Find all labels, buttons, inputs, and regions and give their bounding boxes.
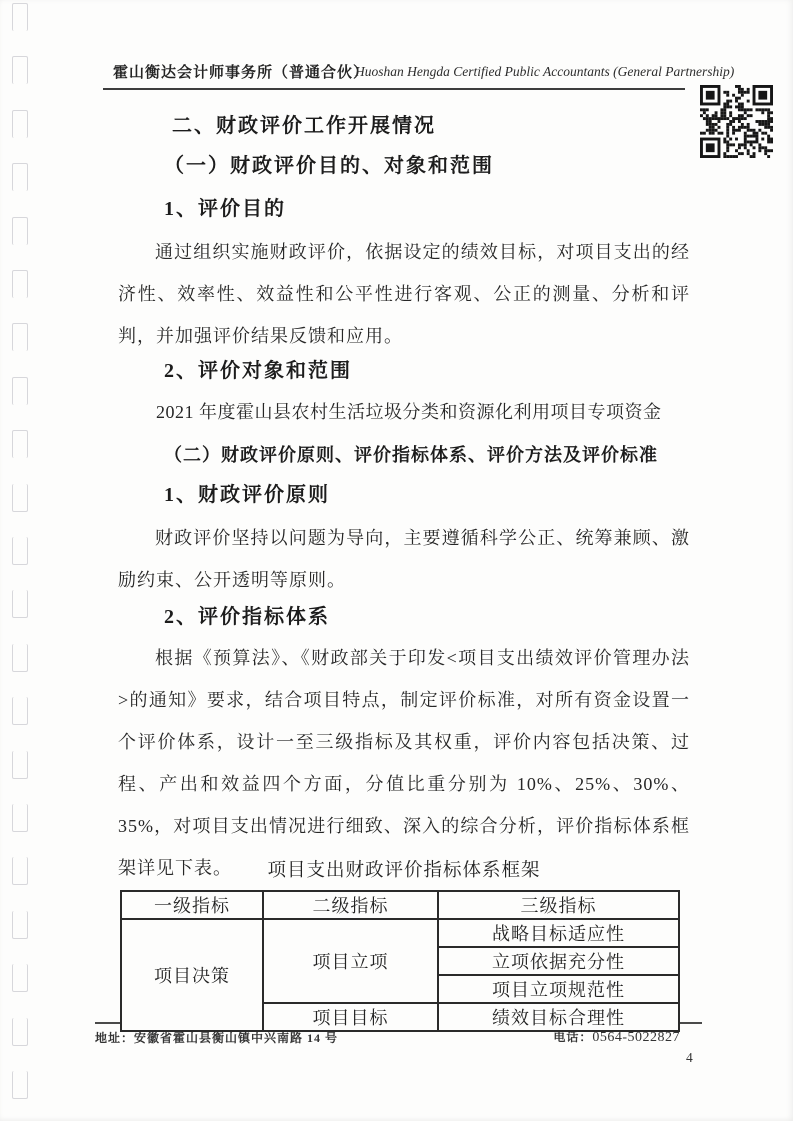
table-header-level2: 二级指标 (263, 891, 438, 919)
table-header-row: 一级指标 二级指标 三级指标 (121, 891, 679, 919)
table-cell-level1: 项目决策 (121, 919, 263, 1031)
paragraph-system: 根据《预算法》、《财政部关于印发<项目支出绩效评价管理办法>的通知》要求，结合项… (118, 637, 690, 889)
heading-item-principle: 1、财政评价原则 (118, 481, 764, 509)
paragraph-principle: 财政评价坚持以问题为导向，主要遵循科学公正、统筹兼顾、激励约束、公开透明等原则。 (118, 517, 690, 601)
table-cell-level2-group2: 项目目标 (263, 1003, 438, 1031)
indicator-framework-table: 一级指标 二级指标 三级指标 项目决策 项目立项 战略目标适应性 立项依据充分性… (120, 890, 680, 1032)
binding-hole-mark (12, 590, 28, 618)
footer-address-value: 安徽省霍山县衡山镇中兴南路 14 号 (134, 1031, 338, 1045)
table-header-level3: 三级指标 (438, 891, 679, 919)
table-cell-level2-group1: 项目立项 (263, 919, 438, 1003)
heading-section: 二、财政评价工作开展情况 (118, 112, 772, 140)
binding-hole-mark (12, 377, 28, 405)
binding-hole-mark (12, 804, 28, 832)
heading-sub-2: （二）财政评价原则、评价指标体系、评价方法及评价标准 (118, 441, 764, 469)
footer-phone-value: 0564-5022827 (592, 1030, 680, 1045)
binding-hole-mark (12, 163, 28, 191)
binding-hole-mark (12, 3, 28, 31)
table-cell-level3: 立项依据充分性 (438, 947, 679, 975)
paragraph-purpose: 通过组织实施财政评价，依据设定的绩效目标，对项目支出的经济性、效率性、效益性和公… (118, 231, 690, 357)
table-cell-level3: 战略目标适应性 (438, 919, 679, 947)
scanned-report-page: 霍山衡达会计师事务所（普通合伙） Huoshan Hengda Certifie… (0, 0, 793, 1121)
binding-hole-mark (12, 1071, 28, 1099)
binding-hole-mark (12, 110, 28, 138)
heading-item-purpose: 1、评价目的 (118, 195, 764, 223)
binding-hole-mark (12, 964, 28, 992)
binding-hole-mark (12, 270, 28, 298)
table-cell-level3: 项目立项规范性 (438, 975, 679, 1003)
binding-hole-mark (12, 537, 28, 565)
page-number: 4 (686, 1050, 693, 1066)
binding-hole-mark (12, 911, 28, 939)
binding-hole-mark (12, 217, 28, 245)
binding-hole-mark (12, 1018, 28, 1046)
binding-hole-mark (12, 751, 28, 779)
header-firm-name-en: Huoshan Hengda Certified Public Accounta… (355, 64, 734, 80)
binding-hole-mark (12, 857, 28, 885)
header-rule (103, 88, 685, 90)
table-row: 项目决策 项目立项 战略目标适应性 (121, 919, 679, 947)
heading-item-scope: 2、评价对象和范围 (118, 357, 764, 385)
table-title: 项目支出财政评价指标体系框架 (118, 856, 690, 882)
paragraph-scope: 2021 年度霍山县农村生活垃圾分类和资源化利用项目专项资金 (118, 398, 718, 426)
binding-hole-mark (12, 323, 28, 351)
binding-hole-mark (12, 56, 28, 84)
header-firm-name-zh: 霍山衡达会计师事务所（普通合伙） (113, 61, 369, 82)
heading-item-system: 2、评价指标体系 (118, 603, 764, 631)
binding-hole-mark (12, 484, 28, 512)
binding-hole-mark (12, 644, 28, 672)
table-header-level1: 一级指标 (121, 891, 263, 919)
binding-hole-mark (12, 697, 28, 725)
table-cell-level3: 绩效目标合理性 (438, 1003, 679, 1031)
footer-address-label: 地址： (95, 1031, 134, 1045)
heading-sub-1: （一）财政评价目的、对象和范围 (118, 152, 764, 180)
footer-phone-label: 电话： (553, 1030, 592, 1044)
binding-hole-mark (12, 430, 28, 458)
